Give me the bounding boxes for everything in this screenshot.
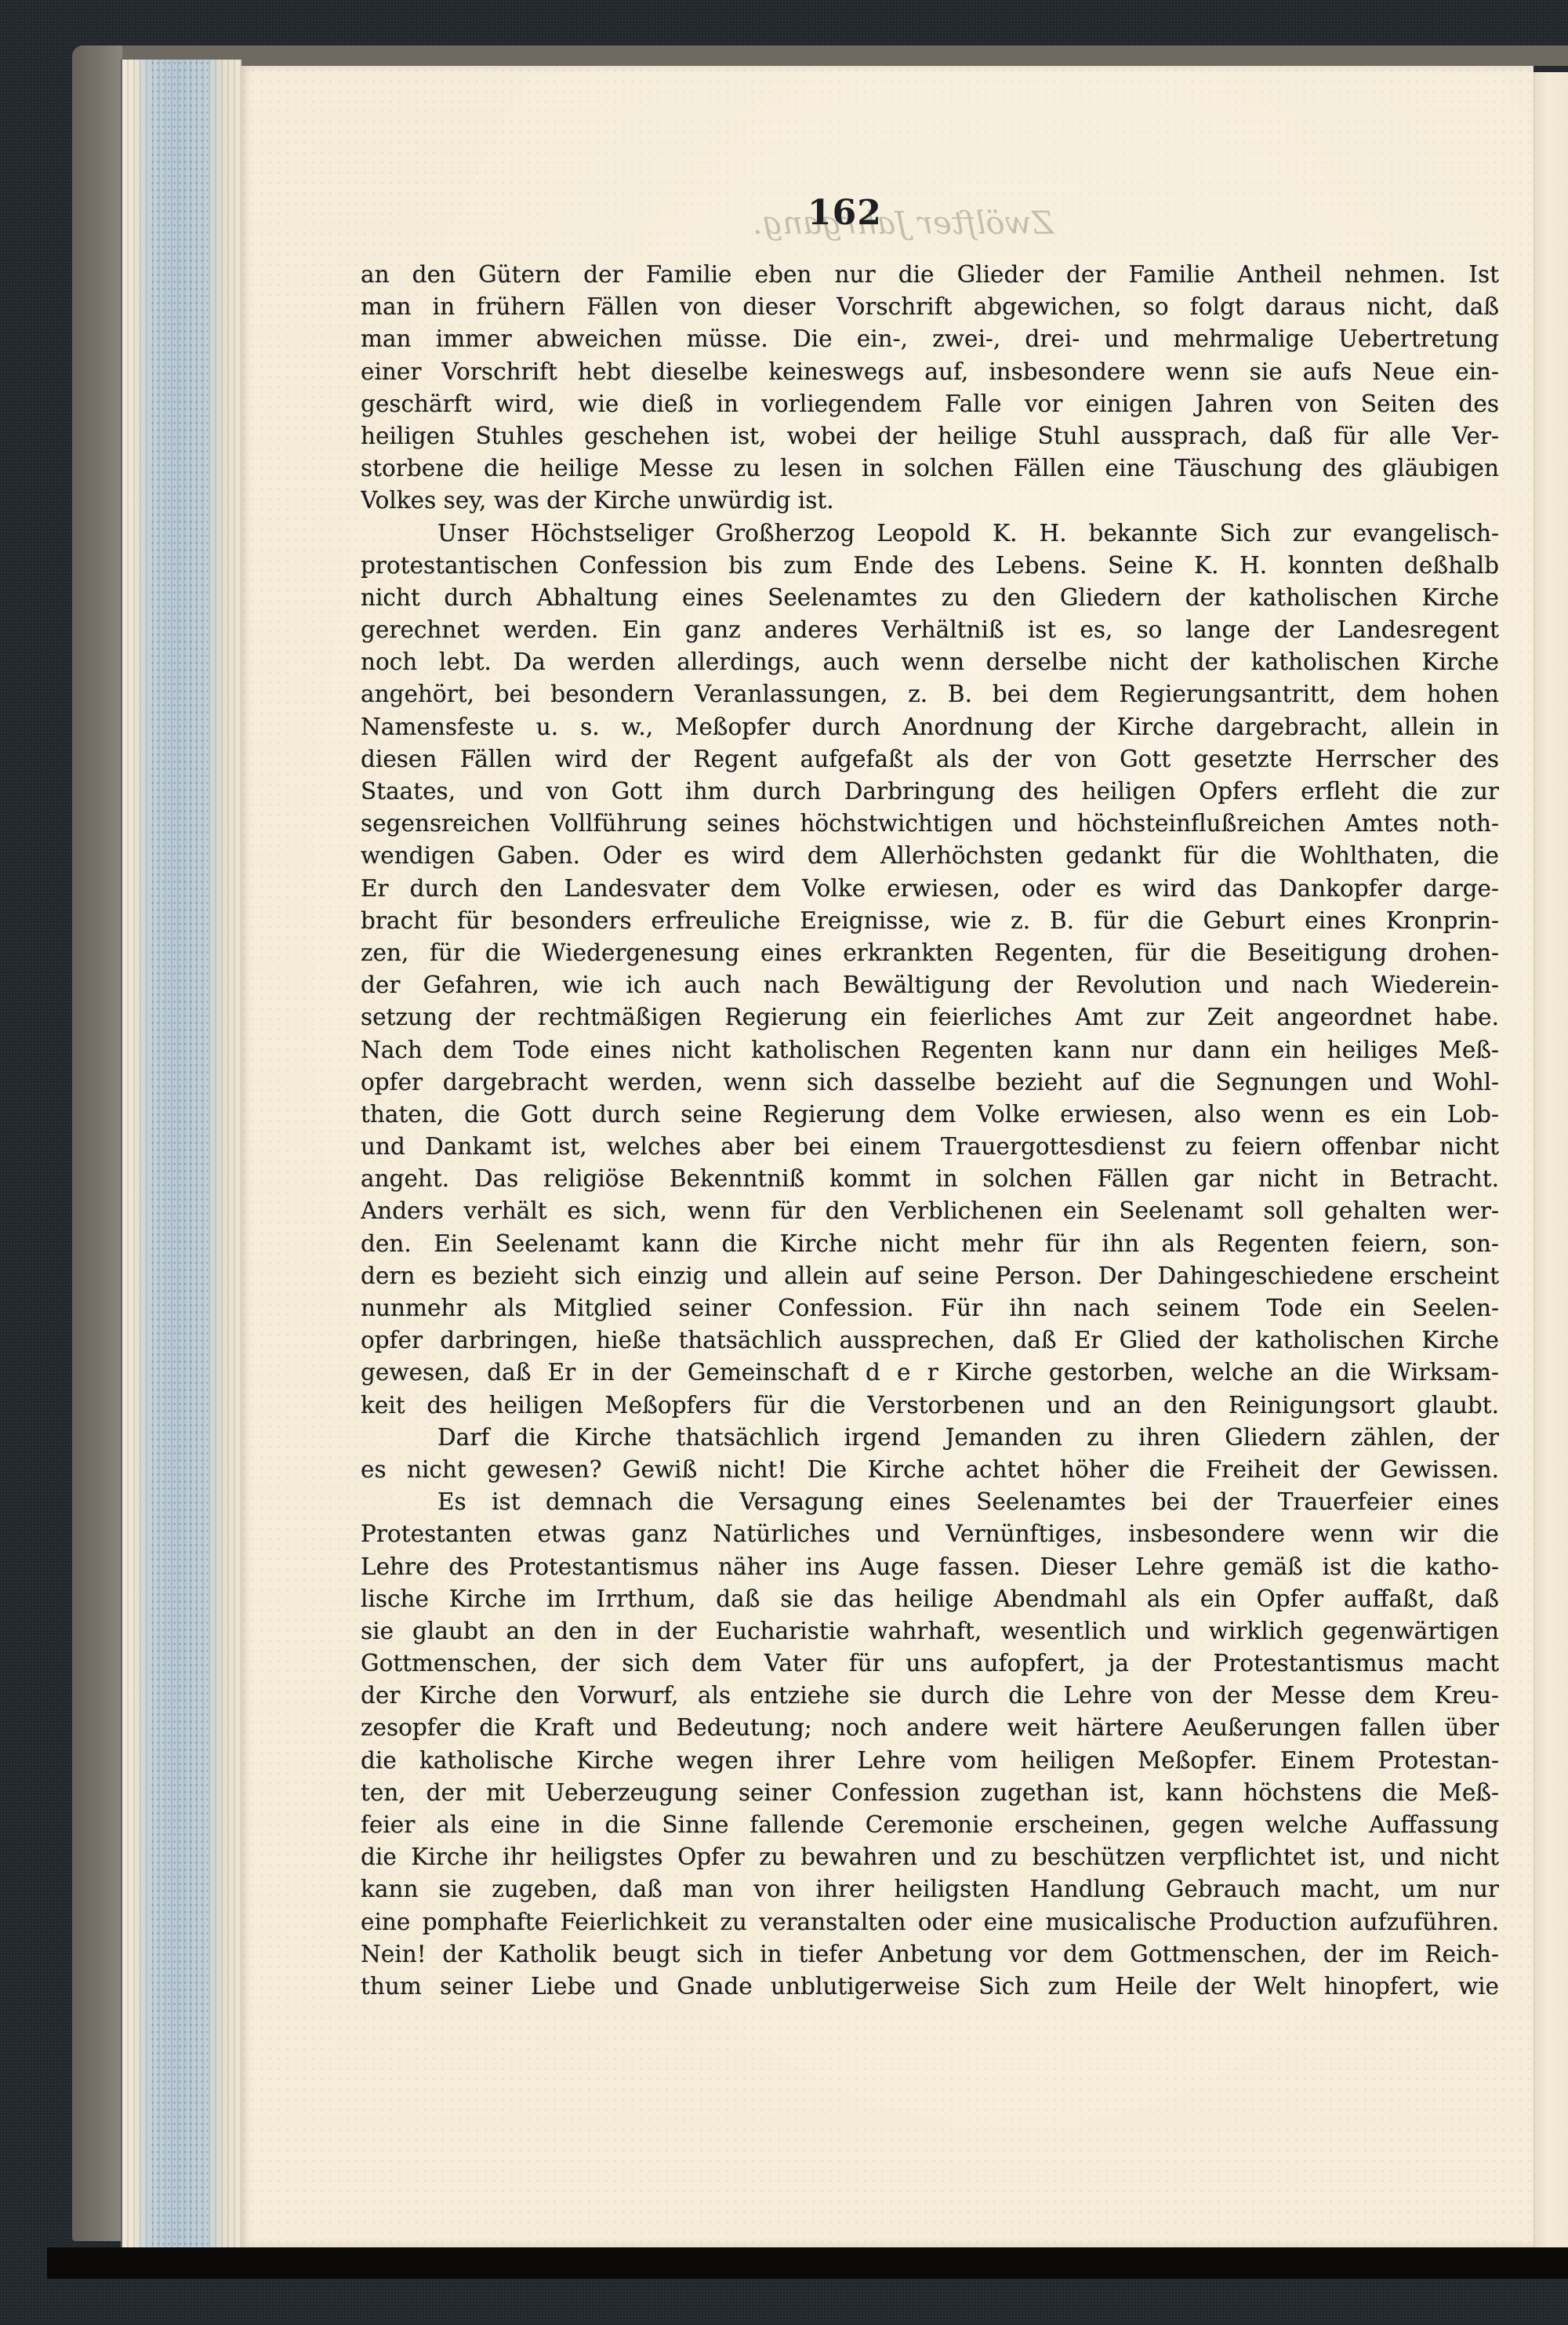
- text-line: Darf die Kirche thatsächlich irgend Jema…: [361, 1422, 1499, 1454]
- facing-page-edge: [1534, 72, 1568, 2247]
- text-line: protestantischen Confession bis zum Ende…: [361, 550, 1499, 582]
- text-line: Staates, und von Gott ihm durch Darbring…: [361, 776, 1499, 808]
- text-line: gewesen, daß Er in der Gemeinschaft d e …: [361, 1357, 1499, 1389]
- text-line: dern es bezieht sich einzig und allein a…: [361, 1260, 1499, 1292]
- page-edges: [121, 60, 241, 2247]
- text-line: an den Gütern der Familie eben nur die G…: [361, 259, 1499, 291]
- text-line: zesopfer die Kraft und Bedeutung; noch a…: [361, 1712, 1499, 1744]
- text-line: opfer darbringen, hieße thatsächlich aus…: [361, 1324, 1499, 1357]
- text-line: segensreichen Vollführung seines höchstw…: [361, 808, 1499, 840]
- text-line: sie glaubt an den in der Eucharistie wah…: [361, 1615, 1499, 1647]
- text-line: der Kirche den Vorwurf, als entziehe sie…: [361, 1680, 1499, 1712]
- text-line: Gottmenschen, der sich dem Vater für uns…: [361, 1647, 1499, 1680]
- text-line: die Kirche ihr heiligstes Opfer zu bewah…: [361, 1841, 1499, 1873]
- page-number: 162: [808, 193, 882, 233]
- text-line: eine pomphafte Feierlichkeit zu veransta…: [361, 1906, 1499, 1938]
- text-line: ten, der mit Ueberzeugung seiner Confess…: [361, 1777, 1499, 1809]
- text-line: man immer abweichen müsse. Die ein-, zwe…: [361, 323, 1499, 355]
- text-line: thaten, die Gott durch seine Regierung d…: [361, 1099, 1499, 1131]
- text-line: und Dankamt ist, welches aber bei einem …: [361, 1131, 1499, 1163]
- body-text: an den Gütern der Familie eben nur die G…: [361, 259, 1499, 2003]
- text-line: Nein! der Katholik beugt sich in tiefer …: [361, 1938, 1499, 1971]
- text-line: angehört, bei besondern Veranlassungen, …: [361, 678, 1499, 710]
- text-line: einer Vorschrift hebt dieselbe keinesweg…: [361, 356, 1499, 388]
- text-line: opfer dargebracht werden, wenn sich dass…: [361, 1066, 1499, 1099]
- text-line: storbene die heilige Messe zu lesen in s…: [361, 452, 1499, 485]
- text-line: feier als eine in die Sinne fallende Cer…: [361, 1809, 1499, 1841]
- text-line: es nicht gewesen? Gewiß nicht! Die Kirch…: [361, 1454, 1499, 1486]
- text-line: geschärft wird, wie dieß in vorliegendem…: [361, 388, 1499, 420]
- text-line: nunmehr als Mitglied seiner Confession. …: [361, 1292, 1499, 1324]
- text-line: setzung der rechtmäßigen Regierung ein f…: [361, 1001, 1499, 1034]
- text-line: thum seiner Liebe und Gnade unblutigerwe…: [361, 1971, 1499, 2003]
- text-line: den. Ein Seelenamt kann die Kirche nicht…: [361, 1228, 1499, 1260]
- text-line: diesen Fällen wird der Regent aufgefaßt …: [361, 743, 1499, 776]
- text-line: Es ist demnach die Versagung eines Seele…: [361, 1486, 1499, 1518]
- text-line: lische Kirche im Irrthum, daß sie das he…: [361, 1583, 1499, 1615]
- book-cover-spine: [72, 45, 122, 2241]
- text-line: noch lebt. Da werden allerdings, auch we…: [361, 646, 1499, 678]
- text-line: Lehre des Protestantismus näher ins Auge…: [361, 1551, 1499, 1583]
- text-line: wendigen Gaben. Oder es wird dem Allerhö…: [361, 840, 1499, 872]
- text-line: bracht für besonders erfreuliche Ereigni…: [361, 905, 1499, 937]
- text-line: Nach dem Tode eines nicht katholischen R…: [361, 1034, 1499, 1066]
- book-cover-top: [72, 45, 1568, 66]
- text-line: Protestanten etwas ganz Natürliches und …: [361, 1518, 1499, 1550]
- text-line: Unser Höchstseliger Großherzog Leopold K…: [361, 518, 1499, 550]
- text-line: Er durch den Landesvater dem Volke erwie…: [361, 873, 1499, 905]
- bleed-through-header: Zwölfter Jahrgang.: [753, 205, 1054, 242]
- text-line: Volkes sey, was der Kirche unwürdig ist.: [361, 485, 1499, 517]
- text-line: keit des heiligen Meßopfers für die Vers…: [361, 1390, 1499, 1422]
- text-line: kann sie zugeben, daß man von ihrer heil…: [361, 1873, 1499, 1905]
- text-line: zen, für die Wiedergenesung eines erkran…: [361, 937, 1499, 969]
- text-line: man in frühern Fällen von dieser Vorschr…: [361, 291, 1499, 323]
- text-line: die katholische Kirche wegen ihrer Lehre…: [361, 1745, 1499, 1777]
- text-line: der Gefahren, wie ich auch nach Bewältig…: [361, 969, 1499, 1001]
- text-line: heiligen Stuhles geschehen ist, wobei de…: [361, 420, 1499, 452]
- text-line: Namensfeste u. s. w., Meßopfer durch Ano…: [361, 711, 1499, 743]
- bottom-shadow: [47, 2247, 1568, 2279]
- text-line: nicht durch Abhaltung eines Seelenamtes …: [361, 582, 1499, 614]
- text-line: Anders verhält es sich, wenn für den Ver…: [361, 1195, 1499, 1227]
- text-line: angeht. Das religiöse Bekenntniß kommt i…: [361, 1163, 1499, 1195]
- text-line: gerechnet werden. Ein ganz anderes Verhä…: [361, 614, 1499, 646]
